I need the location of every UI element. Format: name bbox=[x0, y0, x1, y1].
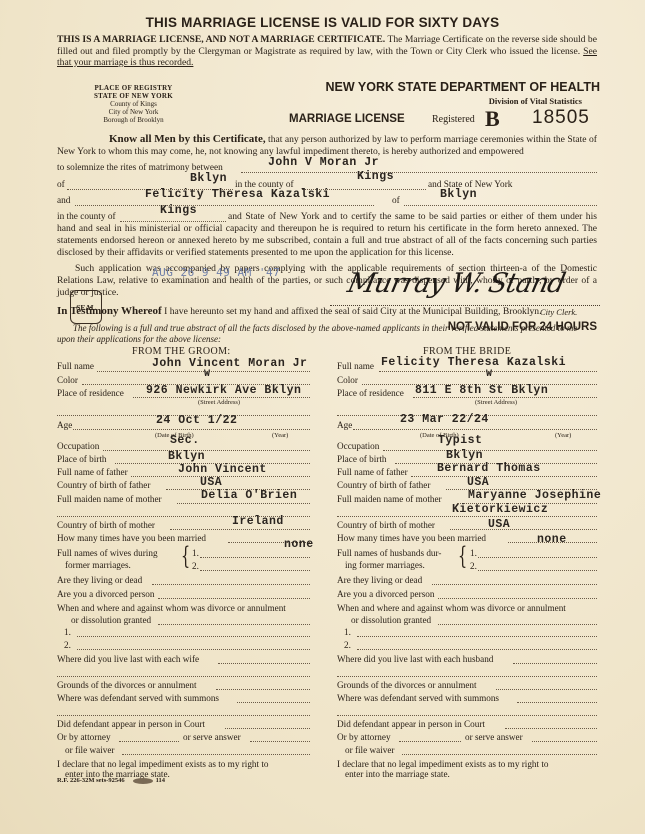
bride-prior-husbands-label: Full names of husbands dur- bbox=[337, 548, 441, 558]
bride-summons-line-2[interactable] bbox=[337, 715, 597, 716]
groom-father-country-field[interactable]: USA bbox=[200, 476, 222, 489]
groom-father-label: Full name of father bbox=[57, 467, 128, 477]
bride-father-country-label: Country of birth of father bbox=[337, 480, 430, 490]
groom-serve-answer-label: or serve answer bbox=[183, 732, 241, 742]
groom-grounds-line[interactable] bbox=[216, 689, 310, 690]
bride-birthplace-label: Place of birth bbox=[337, 454, 387, 464]
groom-divorced-line[interactable] bbox=[158, 598, 310, 599]
groom-divorce-when-label: When and where and against whom was divo… bbox=[57, 603, 286, 613]
groom-dissolution-label: or dissolution granted bbox=[71, 615, 151, 625]
registry-county: County of Kings bbox=[76, 100, 191, 108]
bride-residence-field[interactable]: 811 E 8th St Bklyn bbox=[415, 384, 548, 397]
bride-father-country-field[interactable]: USA bbox=[467, 476, 489, 489]
groom-father-field[interactable]: John Vincent bbox=[178, 463, 267, 476]
registry-borough: Borough of Brooklyn bbox=[76, 116, 191, 124]
bride-summons-label: Where was defendant served with summons bbox=[337, 693, 499, 703]
bride-father-field[interactable]: Bernard Thomas bbox=[437, 462, 541, 475]
groom-residence-label: Place of residence bbox=[57, 388, 124, 398]
groom-appear-label: Did defendant appear in person in Court bbox=[57, 719, 205, 729]
bride-dissolution-label: or dissolution granted bbox=[351, 615, 431, 625]
groom-heading: FROM THE GROOM: bbox=[132, 346, 231, 357]
bride-attorney-label: Or by attorney bbox=[337, 732, 391, 742]
bride-mother-label: Full maiden name of mother bbox=[337, 494, 442, 504]
bride-age-field[interactable]: 23 Mar 22/24 bbox=[400, 413, 489, 426]
bride-father-line bbox=[411, 476, 597, 477]
groom-waiver-label: or file waiver bbox=[65, 745, 115, 755]
groom-wife-2-num: 2. bbox=[192, 561, 199, 571]
know-all-heading: Know all Men by this Certificate, bbox=[109, 133, 266, 145]
bride-prior-husbands-label-2: ing former marriages. bbox=[345, 560, 425, 570]
groom-dissolution-line[interactable] bbox=[158, 624, 310, 625]
bride-husband-1-num: 1. bbox=[470, 548, 477, 558]
groom-divorce-1-line[interactable] bbox=[77, 636, 310, 637]
of-label-2: of bbox=[392, 196, 400, 206]
groom-name-field[interactable]: John V Moran Jr bbox=[268, 156, 379, 169]
bride-city-line bbox=[404, 205, 597, 206]
bride-name-line bbox=[75, 205, 374, 206]
registry-line: STATE OF NEW YORK bbox=[76, 92, 191, 100]
notice-bold: THIS IS A MARRIAGE LICENSE, AND NOT A MA… bbox=[57, 34, 385, 45]
bride-father-label: Full name of father bbox=[337, 467, 408, 477]
brace-icon: { bbox=[181, 544, 190, 568]
groom-mother-country-label: Country of birth of mother bbox=[57, 520, 155, 530]
groom-divorce-1-num: 1. bbox=[64, 627, 71, 637]
form-code: R.F. 226-32M sets-92546 bbox=[57, 777, 125, 784]
certify-paragraph: and State of New York and to certify the… bbox=[57, 211, 597, 259]
bride-appear-label: Did defendant appear in person in Court bbox=[337, 719, 485, 729]
registry-city: City of New York bbox=[76, 108, 191, 116]
bride-street-note: (Street Address) bbox=[475, 399, 517, 406]
groom-divorce-2-line[interactable] bbox=[77, 649, 310, 650]
groom-live-last-line[interactable] bbox=[218, 663, 310, 664]
groom-attorney-line[interactable] bbox=[119, 741, 179, 742]
bride-mother-field[interactable]: Maryanne Josephine bbox=[468, 489, 601, 502]
groom-mother-field[interactable]: Delia O'Brien bbox=[201, 489, 297, 502]
groom-attorney-label: Or by attorney bbox=[57, 732, 111, 742]
bride-full-name-field[interactable]: Felicity Theresa Kazalski bbox=[381, 356, 566, 369]
bride-age-line bbox=[353, 429, 597, 430]
groom-occupation-field[interactable]: Sec. bbox=[170, 434, 200, 447]
bride-occupation-line bbox=[383, 450, 597, 451]
groom-mother-label: Full maiden name of mother bbox=[57, 494, 162, 504]
groom-summons-line[interactable] bbox=[237, 702, 310, 703]
groom-appear-line[interactable] bbox=[225, 728, 310, 729]
form-footer: R.F. 226-32M sets-92546114 bbox=[57, 777, 165, 784]
groom-divorce-2-num: 2. bbox=[64, 640, 71, 650]
registered-number: 18505 bbox=[532, 107, 590, 129]
bride-divorce-2-num: 2. bbox=[344, 640, 351, 650]
bride-husband-2-line[interactable] bbox=[478, 570, 597, 571]
groom-age-field[interactable]: 24 Oct 1/22 bbox=[156, 414, 237, 427]
seal-label: SEAL bbox=[76, 303, 96, 312]
groom-county-field[interactable]: Kings bbox=[357, 170, 394, 183]
groom-full-name-field[interactable]: John Vincent Moran Jr bbox=[152, 357, 307, 370]
bride-name-field[interactable]: Felicity Theresa Kazalski bbox=[145, 188, 330, 201]
groom-birthplace-label: Place of birth bbox=[57, 454, 107, 464]
groom-living-dead-label: Are they living or dead bbox=[57, 575, 142, 585]
place-of-registry: PLACE OF REGISTRY STATE OF NEW YORK Coun… bbox=[76, 84, 191, 124]
groom-name-line bbox=[241, 172, 597, 173]
groom-mother-line bbox=[177, 503, 310, 504]
bride-live-last-line[interactable] bbox=[513, 663, 597, 664]
bride-declaration: I declare that no legal impediment exist… bbox=[337, 759, 549, 769]
bride-divorce-1-num: 1. bbox=[344, 627, 351, 637]
bride-serve-answer-line[interactable] bbox=[532, 741, 597, 742]
groom-serve-answer-line[interactable] bbox=[250, 741, 310, 742]
bride-mother-country-field[interactable]: USA bbox=[488, 518, 510, 531]
groom-mother-country-field[interactable]: Ireland bbox=[232, 515, 284, 528]
union-number: 114 bbox=[156, 777, 165, 784]
bride-living-dead-line[interactable] bbox=[432, 584, 597, 585]
groom-prior-wives-label-2: former marriages. bbox=[65, 560, 131, 570]
know-all-paragraph: Know all Men by this Certificate, that a… bbox=[57, 133, 597, 158]
groom-residence-line bbox=[133, 397, 310, 398]
bride-age-label: Age bbox=[337, 420, 352, 430]
bride-mother-line-2 bbox=[337, 516, 597, 517]
groom-divorced-label: Are you a divorced person bbox=[57, 589, 154, 599]
bride-full-name-label: Full name bbox=[337, 361, 374, 371]
bride-mother-country-line bbox=[450, 529, 597, 530]
registered-label: Registered bbox=[432, 114, 475, 125]
bride-mother-country-label: Country of birth of mother bbox=[337, 520, 435, 530]
groom-live-last-label: Where did you live last with each wife bbox=[57, 654, 199, 664]
groom-times-married-field[interactable]: none bbox=[284, 538, 314, 551]
union-label-icon bbox=[133, 778, 153, 784]
bride-divorce-when-label: When and where and against whom was divo… bbox=[337, 603, 566, 613]
groom-color-field[interactable]: W bbox=[204, 369, 211, 380]
bride-times-married-field[interactable]: none bbox=[537, 533, 567, 546]
bride-divorce-2-line[interactable] bbox=[357, 649, 597, 650]
groom-street-note: (Street Address) bbox=[198, 399, 240, 406]
testimony-text: I have hereunto set my hand and affixed … bbox=[162, 306, 542, 317]
date-time-stamp: AUG 26 9 49 AM '47 bbox=[152, 266, 280, 279]
department-title: NEW YORK STATE DEPARTMENT OF HEALTH bbox=[310, 80, 600, 94]
abstract-text: The following is a full and true abstrac… bbox=[57, 323, 577, 344]
bride-declaration-2: enter into the marriage state. bbox=[345, 769, 450, 779]
bride-husband-2-num: 2. bbox=[470, 561, 477, 571]
bride-husband-1-line[interactable] bbox=[478, 557, 597, 558]
and-label: and bbox=[57, 196, 70, 206]
groom-mother-country-line bbox=[170, 529, 310, 530]
groom-wife-1-line[interactable] bbox=[200, 557, 310, 558]
groom-waiver-line[interactable] bbox=[122, 754, 310, 755]
bride-dissolution-line[interactable] bbox=[438, 624, 597, 625]
bride-occupation-label: Occupation bbox=[337, 441, 379, 451]
bride-color-field[interactable]: W bbox=[486, 369, 493, 380]
abstract-statement: The following is a full and true abstrac… bbox=[57, 323, 597, 345]
testimony-paragraph: In Testimony Whereof I have hereunto set… bbox=[57, 305, 597, 318]
groom-color-label: Color bbox=[57, 375, 78, 385]
validity-title: THIS MARRIAGE LICENSE IS VALID FOR SIXTY… bbox=[0, 15, 645, 30]
seal-icon: SEAL bbox=[70, 290, 102, 324]
bride-year-note: (Year) bbox=[555, 432, 571, 439]
of-label: of bbox=[57, 180, 65, 190]
groom-wife-1-num: 1. bbox=[192, 548, 199, 558]
groom-age-label: Age bbox=[57, 420, 72, 430]
groom-wife-2-line[interactable] bbox=[200, 570, 310, 571]
marriage-license-label: MARRIAGE LICENSE bbox=[289, 113, 405, 125]
bride-attorney-line[interactable] bbox=[399, 741, 461, 742]
division-title: Division of Vital Statistics bbox=[310, 96, 582, 106]
bride-grounds-line[interactable] bbox=[496, 689, 597, 690]
bride-serve-answer-label: or serve answer bbox=[465, 732, 523, 742]
clerk-signature: Murray W. Stand bbox=[345, 268, 568, 299]
groom-prior-wives-label: Full names of wives during bbox=[57, 548, 158, 558]
groom-summons-line-2[interactable] bbox=[57, 715, 310, 716]
registry-line: PLACE OF REGISTRY bbox=[76, 84, 191, 92]
bride-live-last-line-2[interactable] bbox=[337, 676, 597, 677]
groom-year-note: (Year) bbox=[272, 432, 288, 439]
signature-line bbox=[330, 305, 600, 306]
bride-city-field[interactable]: Bklyn bbox=[440, 188, 477, 201]
bride-divorced-label: Are you a divorced person bbox=[337, 589, 434, 599]
groom-occupation-line bbox=[103, 450, 310, 451]
bride-waiver-label: or file waiver bbox=[345, 745, 395, 755]
groom-living-dead-line[interactable] bbox=[152, 584, 310, 585]
groom-declaration: I declare that no legal impediment exist… bbox=[57, 759, 269, 769]
bride-mother-cont-field[interactable]: Kietorkiewicz bbox=[452, 503, 548, 516]
license-notice: THIS IS A MARRIAGE LICENSE, AND NOT A MA… bbox=[57, 34, 597, 69]
groom-live-last-line-2[interactable] bbox=[57, 676, 310, 677]
bride-occupation-field[interactable]: Typist bbox=[438, 434, 482, 447]
bride-divorced-line[interactable] bbox=[438, 598, 597, 599]
groom-grounds-label: Grounds of the divorces or annulment bbox=[57, 680, 197, 690]
groom-residence-field[interactable]: 926 Newkirk Ave Bklyn bbox=[146, 384, 301, 397]
groom-birthplace-field[interactable]: Bklyn bbox=[168, 450, 205, 463]
bride-living-dead-label: Are they living or dead bbox=[337, 575, 422, 585]
bride-waiver-line[interactable] bbox=[402, 754, 597, 755]
bride-residence-line bbox=[413, 397, 597, 398]
bride-birthplace-field[interactable]: Bklyn bbox=[446, 449, 483, 462]
bride-appear-line[interactable] bbox=[505, 728, 597, 729]
registered-letter: B bbox=[485, 106, 500, 132]
bride-residence-label: Place of residence bbox=[337, 388, 404, 398]
city-clerk-title: City Clerk. bbox=[540, 307, 577, 317]
brace-icon: { bbox=[458, 544, 467, 568]
bride-summons-line[interactable] bbox=[517, 702, 597, 703]
groom-summons-label: Where was defendant served with summons bbox=[57, 693, 219, 703]
groom-age-line bbox=[73, 429, 310, 430]
groom-occupation-label: Occupation bbox=[57, 441, 99, 451]
groom-full-name-label: Full name bbox=[57, 361, 94, 371]
bride-color-label: Color bbox=[337, 375, 358, 385]
bride-live-last-label: Where did you live last with each husban… bbox=[337, 654, 493, 664]
groom-father-country-label: Country of birth of father bbox=[57, 480, 150, 490]
groom-city-field[interactable]: Bklyn bbox=[190, 172, 227, 185]
bride-divorce-1-line[interactable] bbox=[357, 636, 597, 637]
bride-grounds-label: Grounds of the divorces or annulment bbox=[337, 680, 477, 690]
